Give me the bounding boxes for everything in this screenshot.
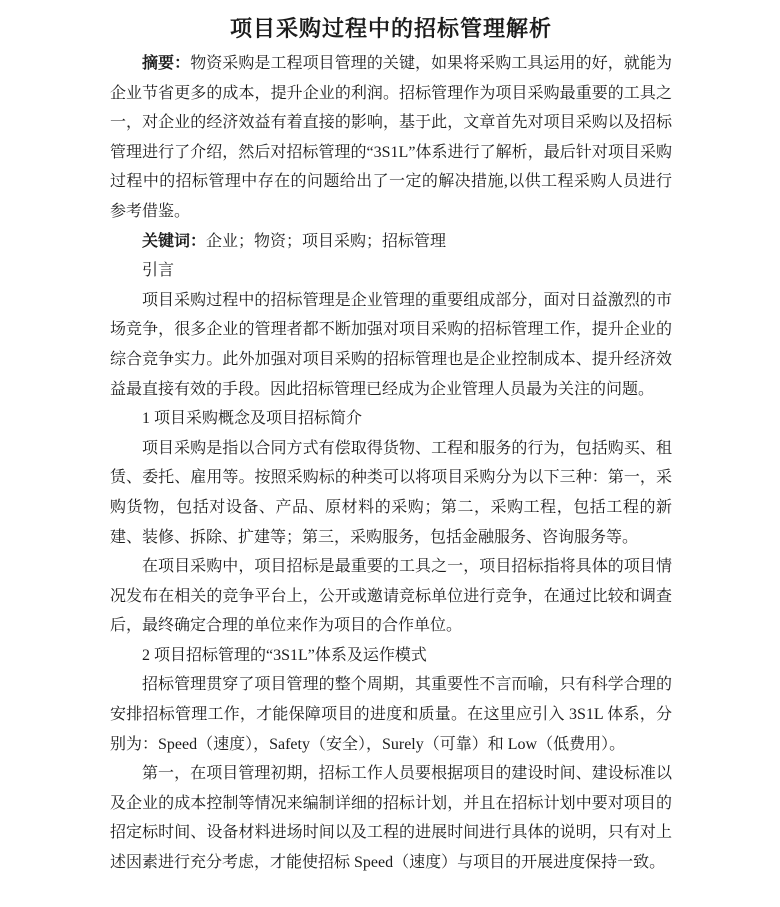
paragraph-text: 招标管理贯穿了项目管理的整个周期，其重要性不言而喻，只有科学合理的安排招标管理工… [110, 676, 672, 752]
paragraph-text: 第一，在项目管理初期，招标工作人员要根据项目的建设时间、建设标准以及企业的成本控… [110, 765, 672, 871]
keywords-label: 关键词： [142, 233, 206, 250]
abstract-paragraph: 摘要：物资采购是工程项目管理的关键，如果将采购工具运用的好，就能为企业节省更多的… [110, 49, 672, 227]
page-title: 项目采购过程中的招标管理解析 [110, 12, 672, 46]
section-heading: 2 项目招标管理的“3S1L”体系及运作模式 [110, 641, 672, 671]
body-paragraph: 第一，在项目管理初期，招标工作人员要根据项目的建设时间、建设标准以及企业的成本控… [110, 759, 672, 877]
document-canvas: { "colors": { "background": "#ffffff", "… [0, 0, 780, 907]
paragraph-text: 企业；物资；项目采购；招标管理 [206, 233, 446, 250]
keywords-paragraph: 关键词：企业；物资；项目采购；招标管理 [110, 227, 672, 257]
paragraph-text: 物资采购是工程项目管理的关键，如果将采购工具运用的好，就能为企业节省更多的成本，… [110, 55, 672, 220]
document-page: 项目采购过程中的招标管理解析 摘要：物资采购是工程项目管理的关键，如果将采购工具… [0, 0, 780, 907]
body-paragraph: 招标管理贯穿了项目管理的整个周期，其重要性不言而喻，只有科学合理的安排招标管理工… [110, 670, 672, 759]
body-paragraph: 在项目采购中，项目招标是最重要的工具之一，项目招标指将具体的项目情况发布在相关的… [110, 552, 672, 641]
paragraph-text: 2 项目招标管理的“3S1L”体系及运作模式 [142, 647, 427, 664]
document-body: 摘要：物资采购是工程项目管理的关键，如果将采购工具运用的好，就能为企业节省更多的… [110, 49, 672, 878]
section-heading: 1 项目采购概念及项目招标简介 [110, 404, 672, 434]
paragraph-text: 1 项目采购概念及项目招标简介 [142, 410, 362, 427]
paragraph-text: 在项目采购中，项目招标是最重要的工具之一，项目招标指将具体的项目情况发布在相关的… [110, 558, 672, 634]
paragraph-text: 引言 [142, 262, 174, 279]
abstract-label: 摘要： [142, 55, 190, 72]
paragraph-text: 项目采购是指以合同方式有偿取得货物、工程和服务的行为，包括购买、租赁、委托、雇用… [110, 440, 672, 546]
body-paragraph: 项目采购是指以合同方式有偿取得货物、工程和服务的行为，包括购买、租赁、委托、雇用… [110, 434, 672, 552]
section-heading: 引言 [110, 256, 672, 286]
body-paragraph: 项目采购过程中的招标管理是企业管理的重要组成部分，面对日益激烈的市场竞争，很多企… [110, 286, 672, 404]
paragraph-text: 项目采购过程中的招标管理是企业管理的重要组成部分，面对日益激烈的市场竞争，很多企… [110, 292, 672, 398]
